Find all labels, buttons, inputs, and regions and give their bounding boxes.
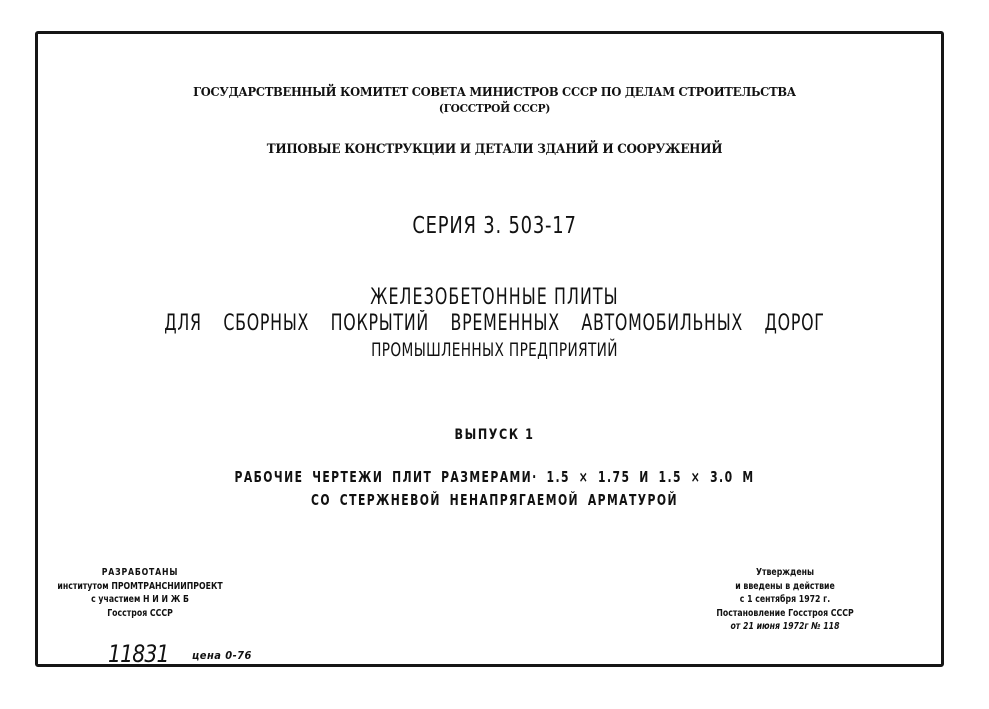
approval-date: с 1 сентября 1972 г.: [678, 593, 891, 607]
approval-heading: Утверждены: [678, 566, 891, 580]
approval-resolution: Постановление Госстроя СССР: [678, 607, 891, 621]
developed-agency: Госстроя СССР: [50, 607, 230, 621]
developed-heading: РАЗРАБОТАНЫ: [50, 566, 230, 580]
description-line-2: со стержневой ненапрягаемой арматурой: [138, 491, 850, 509]
approval-enacted: и введены в действие: [678, 580, 891, 594]
developed-by-block: РАЗРАБОТАНЫ институтом ПРОМТРАНСНИИПРОЕК…: [50, 566, 230, 620]
committee-name: ГОСУДАРСТВЕННЫЙ КОМИТЕТ СОВЕТА МИНИСТРОВ…: [40, 84, 950, 99]
price-label: цена 0-76: [192, 649, 252, 662]
developed-institute: институтом ПРОМТРАНСНИИПРОЕКТ: [50, 580, 230, 594]
document-number: 11831: [108, 640, 169, 668]
committee-abbreviation: (ГОССТРОЙ СССР): [40, 101, 950, 115]
developed-participation: с участием Н И И Ж Б: [50, 593, 230, 607]
series-number: СЕРИЯ 3. 503-17: [109, 213, 880, 239]
issue-label: выпуск 1: [99, 427, 890, 443]
description-line-1: Рабочие чертежи плит размерами· 1.5 × 1.…: [138, 468, 850, 486]
title-line-2: для сборных покрытий временных автомобил…: [138, 311, 850, 336]
approval-resolution-date: от 21 июня 1972г № 118: [678, 620, 891, 634]
title-line-1: Железобетонные плиты: [138, 285, 850, 310]
title-line-3: промышленных предприятий: [138, 339, 850, 361]
collection-title: ТИПОВЫЕ КОНСТРУКЦИИ И ДЕТАЛИ ЗДАНИЙ И СО…: [40, 142, 950, 157]
approval-block: Утверждены и введены в действие с 1 сент…: [678, 566, 891, 634]
